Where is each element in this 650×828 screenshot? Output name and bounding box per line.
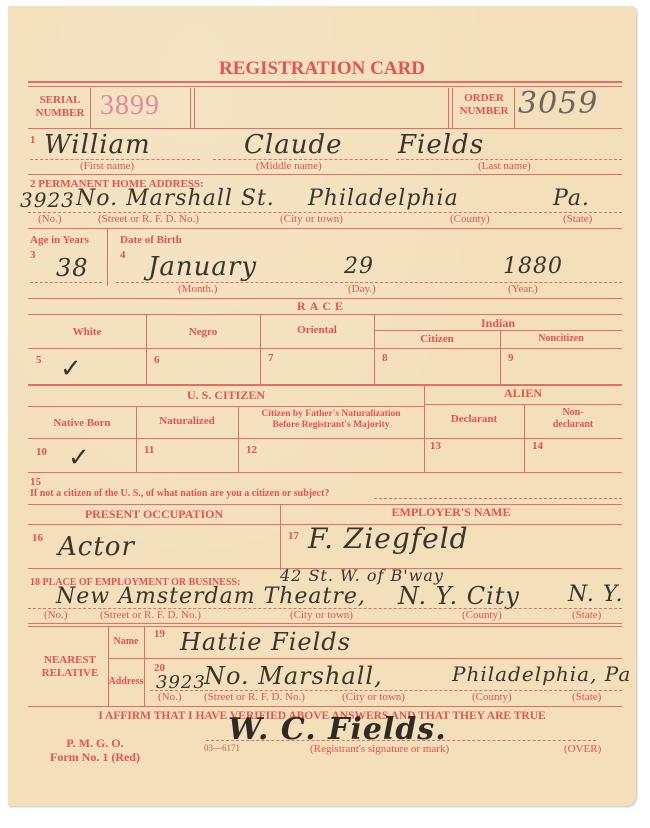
divider (424, 384, 425, 472)
us-citizen-title: U. S. CITIZEN (28, 388, 424, 403)
nondeclarant-label: Non- declarant (524, 407, 622, 431)
nearest-relative-label-line: RELATIVE (30, 667, 110, 680)
caption-state: (State) (572, 691, 601, 703)
nation-question-label: If not a citizen of the U. S., of what n… (30, 488, 329, 499)
caption-day: (Day.) (348, 283, 376, 295)
home-address-street-value: No. Marshall St. (76, 186, 275, 211)
divider (28, 438, 622, 439)
field-number: 9 (508, 352, 514, 364)
print-code: 03—6171 (204, 743, 240, 753)
caption-state: (State) (563, 213, 592, 225)
field-number: 10 (36, 446, 47, 458)
caption-no: (No.) (158, 691, 182, 703)
employment-place-city-value: N. Y. City (398, 582, 520, 610)
divider (260, 314, 261, 384)
last-name-value: Fields (398, 130, 484, 160)
form-id-line: Form No. 1 (Red) (30, 750, 160, 764)
form-id-line: P. M. G. O. (30, 736, 160, 750)
field-number: 8 (382, 352, 388, 364)
caption-year: (Year.) (508, 283, 538, 295)
age-value: 38 (56, 254, 89, 282)
divider (28, 174, 622, 175)
field-number: 11 (144, 444, 154, 456)
race-white-checkbox[interactable]: ✓ (60, 354, 82, 384)
employment-place-state-value: N. Y. (568, 582, 624, 607)
field-number: 3 (30, 249, 36, 261)
field-number: 15 (30, 476, 41, 488)
caption-state: (State) (572, 609, 601, 621)
birth-month-value: January (148, 252, 257, 282)
divider (280, 504, 281, 570)
caption-street: (Street or R. F. D. No.) (98, 213, 199, 225)
divider (238, 406, 239, 472)
divider (28, 626, 622, 627)
field-number: 14 (532, 440, 543, 452)
serial-label-line: NUMBER (28, 107, 92, 120)
age-line (30, 282, 102, 283)
caption-county: (County) (462, 609, 502, 621)
divider (144, 626, 145, 706)
nation-line (374, 498, 622, 499)
registrant-signature: W. C. Fields. (228, 712, 447, 747)
divider (500, 330, 501, 384)
home-address-state-value: Pa. (553, 186, 590, 211)
form-id: P. M. G. O. Form No. 1 (Red) (30, 736, 160, 764)
nearest-relative-label: NEAREST RELATIVE (30, 654, 110, 680)
order-label-line: ORDER (454, 92, 514, 105)
relative-address-city-value: Philadelphia, Pa (452, 662, 631, 686)
by-father-label-line: Citizen by Father's Naturalization (238, 409, 424, 420)
alien-title: ALIEN (424, 386, 622, 401)
divider (28, 623, 622, 624)
race-negro-label: Negro (146, 326, 260, 338)
native-born-checkbox[interactable]: ✓ (68, 443, 90, 473)
birth-label: Date of Birth (120, 234, 182, 246)
by-father-label: Citizen by Father's Naturalization Befor… (238, 409, 424, 431)
field-number: 4 (120, 249, 126, 261)
divider (28, 314, 622, 315)
nondeclarant-label-line: Non- (524, 407, 622, 419)
relative-address-label: Address (108, 676, 144, 687)
divider (28, 348, 622, 349)
first-name-value: William (44, 130, 151, 160)
race-white-label: White (28, 326, 146, 338)
divider (374, 330, 622, 331)
caption-city: (City or town) (280, 213, 343, 225)
caption-city: (City or town) (290, 609, 353, 621)
divider (28, 228, 622, 229)
order-number-label: ORDER NUMBER (454, 92, 514, 118)
field-number: 1 (30, 134, 36, 146)
nearest-relative-label-line: NEAREST (30, 654, 110, 667)
divider (90, 88, 91, 128)
field-number: 12 (246, 444, 257, 456)
home-address-no-value: 3923 (20, 188, 75, 212)
race-title: RACE (8, 299, 636, 314)
divider (144, 658, 622, 659)
order-label-line: NUMBER (454, 105, 514, 118)
birth-day-value: 29 (344, 254, 374, 279)
divider (28, 472, 622, 473)
divider (374, 314, 375, 384)
registration-card: REGISTRATION CARD SERIAL NUMBER 3899 ORD… (8, 6, 636, 806)
caption-county: (County) (450, 213, 490, 225)
age-label: Age in Years (30, 234, 89, 246)
caption-no: (No.) (38, 213, 62, 225)
divider (452, 88, 453, 128)
middle-name-value: Claude (244, 130, 343, 160)
declarant-label: Declarant (424, 413, 524, 425)
divider (107, 228, 108, 286)
divider (194, 88, 195, 128)
caption-no: (No.) (44, 609, 68, 621)
divider (514, 88, 515, 128)
divider (190, 88, 191, 128)
divider (28, 128, 622, 129)
divider (448, 88, 449, 128)
middle-name-caption: (Middle name) (256, 160, 322, 172)
signature-caption: (Registrant's signature or mark) (310, 743, 449, 755)
divider (424, 404, 622, 405)
relative-address-street-value: No. Marshall, (204, 662, 383, 690)
divider (28, 81, 622, 83)
birth-year-value: 1880 (503, 254, 563, 279)
relative-name-label: Name (108, 636, 144, 647)
naturalized-label: Naturalized (136, 415, 238, 427)
native-born-label: Native Born (28, 417, 136, 429)
over-note: (OVER) (564, 743, 601, 755)
order-number-value: 3059 (518, 86, 598, 121)
employer-value: F. Ziegfeld (308, 522, 469, 555)
field-number: 7 (268, 352, 274, 364)
race-oriental-label: Oriental (260, 324, 374, 336)
nondeclarant-label-line: declarant (524, 419, 622, 431)
caption-street: (Street or R. F. D. No.) (100, 609, 201, 621)
relative-name-value: Hattie Fields (180, 628, 351, 656)
divider (146, 314, 147, 384)
by-father-label-line: Before Registrant's Majority (238, 420, 424, 431)
field-number: 16 (32, 532, 43, 544)
divider (136, 406, 137, 472)
divider (524, 404, 525, 472)
field-number: 17 (288, 530, 299, 542)
serial-label-line: SERIAL (28, 94, 92, 107)
race-indian-citizen-label: Citizen (374, 333, 500, 345)
field-number: 13 (430, 440, 441, 452)
caption-city: (City or town) (342, 691, 405, 703)
occupation-value: Actor (58, 532, 135, 562)
serial-number-label: SERIAL NUMBER (28, 94, 92, 120)
home-address-city-value: Philadelphia (308, 186, 459, 211)
caption-county: (County) (472, 691, 512, 703)
race-indian-label: Indian (374, 316, 622, 331)
race-indian-noncitizen-label: Noncitizen (500, 333, 622, 344)
card-title: REGISTRATION CARD (8, 58, 636, 80)
caption-street: (Street or R. F. D. No.) (204, 691, 305, 703)
field-number: 19 (154, 628, 165, 640)
field-number: 6 (154, 354, 160, 366)
field-number: 5 (36, 354, 42, 366)
employer-label: EMPLOYER'S NAME (280, 505, 622, 520)
divider (108, 658, 144, 659)
employment-place-street-value: New Amsterdam Theatre, (56, 584, 366, 609)
serial-number-stamp: 3899 (100, 90, 160, 122)
occupation-label: PRESENT OCCUPATION (28, 507, 280, 522)
divider (28, 406, 424, 407)
signature-line (206, 740, 596, 741)
caption-month: (Month.) (178, 283, 217, 295)
last-name-caption: (Last name) (478, 160, 531, 172)
first-name-caption: (First name) (80, 160, 134, 172)
divider (28, 706, 622, 707)
field-number: 18 (30, 577, 40, 588)
